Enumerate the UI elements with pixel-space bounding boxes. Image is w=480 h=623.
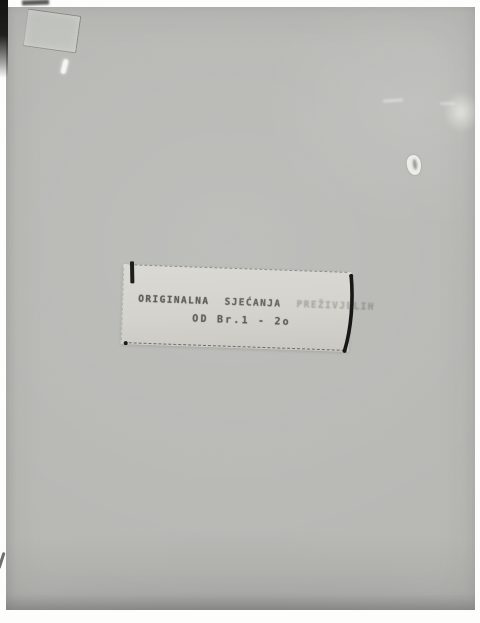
dark-scratch-mark [0, 552, 6, 569]
ink-dot-mark [124, 341, 128, 345]
label-text: ORIGINALNA SJEĆANJA PREŽIVJELIH OD Br.1 … [121, 293, 350, 330]
light-streak [383, 98, 403, 102]
dark-edge-bar [0, 0, 8, 78]
photo-scan: ORIGINALNA SJEĆANJA PREŽIVJELIH OD Br.1 … [0, 0, 480, 623]
tape-corner-mark [23, 8, 82, 53]
light-streak [440, 102, 455, 105]
label-word-2: SJEĆANJA [224, 297, 281, 310]
label-border-bottom [129, 342, 345, 351]
bottom-shadow [6, 594, 475, 610]
white-scratch-mark [60, 59, 68, 75]
label-title-line: ORIGINALNA SJEĆANJA PREŽIVJELIH [134, 293, 350, 312]
folder-cover-page: ORIGINALNA SJEĆANJA PREŽIVJELIH OD Br.1 … [6, 7, 475, 610]
typed-paper-label: ORIGINALNA SJEĆANJA PREŽIVJELIH OD Br.1 … [121, 264, 352, 352]
ink-bar-mark [130, 261, 134, 283]
chip-shadow [412, 159, 417, 170]
white-chip-mark [406, 154, 423, 176]
light-patch [443, 91, 479, 133]
top-edge-smudge [22, 0, 49, 5]
label-border-top [129, 264, 347, 273]
label-number-range: OD Br.1 - 2o [133, 311, 349, 330]
label-word-3: PREŽIVJELIH [296, 299, 375, 313]
label-word-1: ORIGINALNA [138, 294, 210, 307]
